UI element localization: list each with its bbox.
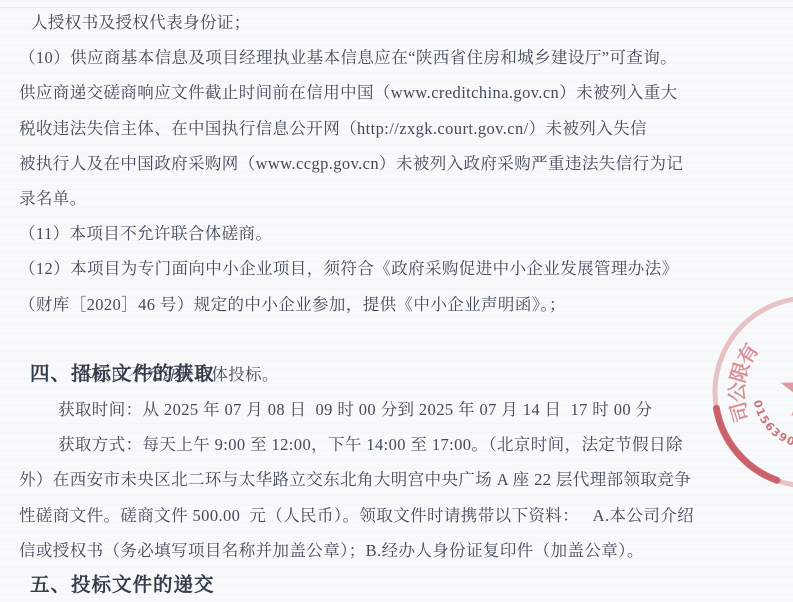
document-body: 人授权书及授权代表身份证； （10）供应商基本信息及项目经理执业基本信息应在“陕… [0,0,793,602]
seal-name-char: 公 [726,381,749,402]
paragraph-line: 信或授权书（务必填写项目名称并加盖公章）；B.经办人身份证复印件（加盖公章）。 [19,533,793,568]
paragraph-line: 被执行人及在中国政府采购网（www.ccgp.gov.cn）未被列入政府采购严重… [19,146,793,181]
paragraph-line: 供应商递交磋商响应文件截止时间前在信用中国（www.creditchina.go… [19,75,793,110]
no-consortium-statement: 本项目不允许联合体投标。 [58,322,793,357]
paragraph-line-item12: （12）本项目为专门面向中小企业项目，须符合《政府采购促进中小企业发展管理办法》 [19,251,793,286]
paragraph-line: 人授权书及授权代表身份证； [31,5,793,40]
paragraph-line: 税收违法失信主体、在中国执行信息公开网（http://zxgk.court.go… [19,111,793,146]
section-heading-4: 四、招标文件的获取 [30,357,793,392]
seal-serial-number: 0156390 [751,399,793,449]
section-heading-5: 五、投标文件的递交 [30,568,793,602]
scanned-document-page: { "colors": { "page_bg": "#f8f9fa", "tex… [0,0,793,602]
acquisition-method-line: 获取方式：每天上午 9:00 至 12:00，下午 14:00 至 17:00。… [58,427,793,462]
paragraph-line-item10: （10）供应商基本信息及项目经理执业基本信息应在“陕西省住房和城乡建设厅”可查询… [19,40,793,75]
paragraph-line-item11: （11）本项目不允许联合体磋商。 [19,216,793,251]
company-seal-stamp: 有 限 公 司 0156390 [689,272,793,512]
paragraph-line: 外）在西安市未央区北二环与太华路立交东北角大明宫中央广场 A 座 22 层代理部… [19,462,793,497]
seal-star-icon [781,362,793,416]
paragraph-line: （财库［2020］46 号）规定的中小企业参加，提供《中小企业声明函》。； [19,287,793,322]
paragraph-line: 性磋商文件。磋商文件 500.00 元（人民币）。领取文件时请携带以下资料： A… [19,498,793,533]
paragraph-line: 录名单。 [19,181,793,216]
acquisition-time-line: 获取时间：从 2025 年 07 月 08 日 09 时 00 分到 2025 … [58,392,793,427]
